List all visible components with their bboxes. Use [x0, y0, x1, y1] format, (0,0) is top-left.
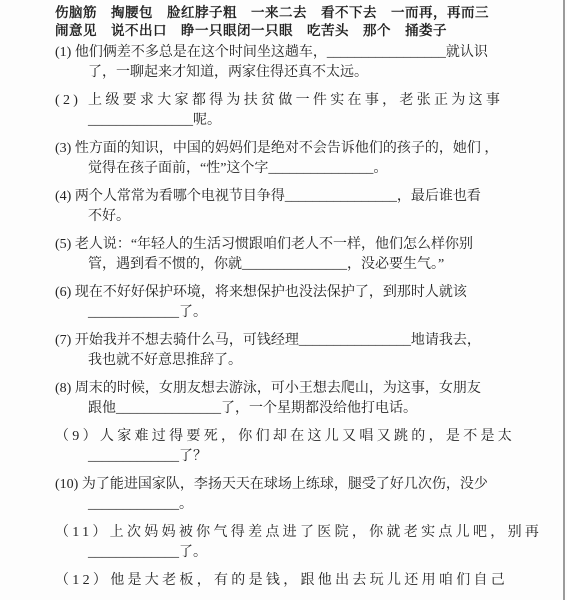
question-4-line-1: (4) 两个人常常为看哪个电视节目争得________________，最后谁也… — [0, 187, 567, 207]
question-9-line-1: （9）人家难过得要死，你们却在这儿又唱又跳的，是不是太 — [0, 427, 567, 447]
question-1: (1) 他们俩差不多总是在这个时间坐这趟车，_________________就… — [0, 43, 567, 83]
question-11-line-1: （11）上次妈妈被你气得差点进了医院，你就老实点儿吧，别再 — [0, 523, 567, 543]
question-6-line-2: _____________了。 — [0, 303, 567, 323]
question-2-line-2: _______________呢。 — [0, 111, 567, 131]
question-8-line-2: 跟他_______________了，一个星期都没给他打电话。 — [0, 399, 567, 419]
question-9: （9）人家难过得要死，你们却在这儿又唱又跳的，是不是太 ____________… — [0, 427, 567, 467]
question-6: (6) 现在不好好保护环境，将来想保护也没法保护了，到那时人就该 _______… — [0, 283, 567, 323]
question-10-line-2: _____________。 — [0, 495, 567, 515]
question-12: （12）他是大老板，有的是钱，跟他出去玩儿还用咱们自己 — [0, 571, 567, 591]
question-3: (3) 性方面的知识，中国的妈妈们是绝对不会告诉他们的孩子的，她们 ， 觉得在孩… — [0, 139, 567, 179]
question-10: (10) 为了能进国家队，李扬天天在球场上练球，腿受了好几次伤，没少 _____… — [0, 475, 567, 515]
question-5: (5) 老人说：“年轻人的生活习惯跟咱们老人不一样，他们怎么样你别 管，遇到看不… — [0, 235, 567, 275]
question-2-line-1: (2) 上级要求大家都得为扶贫做一件实在事，老张正为这事 — [0, 91, 567, 111]
word-bank: 伤脑筋 掏腰包 脸红脖子粗 一来二去 看不下去 一而再，再而三 闹意见 说不出口… — [0, 0, 567, 40]
question-4-line-2: 不好。 — [0, 207, 567, 227]
word-bank-line-1: 伤脑筋 掏腰包 脸红脖子粗 一来二去 看不下去 一而再，再而三 — [0, 4, 567, 22]
question-3-line-2: 觉得在孩子面前，“性”这个字_______________。 — [0, 159, 567, 179]
question-5-line-1: (5) 老人说：“年轻人的生活习惯跟咱们老人不一样，他们怎么样你别 — [0, 235, 567, 255]
question-7-line-2: 我也就不好意思推辞了。 — [0, 351, 567, 371]
question-7: (7) 开始我并不想去骑什么马，可钱经理________________地请我去… — [0, 331, 567, 371]
worksheet-page: 伤脑筋 掏腰包 脸红脖子粗 一来二去 看不下去 一而再，再而三 闹意见 说不出口… — [0, 0, 567, 600]
question-12-line-1: （12）他是大老板，有的是钱，跟他出去玩儿还用咱们自己 — [0, 571, 567, 591]
question-5-line-2: 管，遇到看不惯的，你就_______________，没必要生气。” — [0, 255, 567, 275]
question-4: (4) 两个人常常为看哪个电视节目争得________________，最后谁也… — [0, 187, 567, 227]
question-7-line-1: (7) 开始我并不想去骑什么马，可钱经理________________地请我去… — [0, 331, 567, 351]
question-list: (1) 他们俩差不多总是在这个时间坐这趟车，_________________就… — [0, 43, 567, 591]
scan-edge-line — [563, 0, 565, 600]
question-1-line-1: (1) 他们俩差不多总是在这个时间坐这趟车，_________________就… — [0, 43, 567, 63]
question-6-line-1: (6) 现在不好好保护环境，将来想保护也没法保护了，到那时人就该 — [0, 283, 567, 303]
question-11: （11）上次妈妈被你气得差点进了医院，你就老实点儿吧，别再 __________… — [0, 523, 567, 563]
question-1-line-2: 了，一聊起来才知道，两家住得还真不太远。 — [0, 63, 567, 83]
question-3-line-1: (3) 性方面的知识，中国的妈妈们是绝对不会告诉他们的孩子的，她们 ， — [0, 139, 567, 159]
question-8-line-1: (8) 周末的时候，女朋友想去游泳，可小王想去爬山，为这事，女朋友 — [0, 379, 567, 399]
question-2: (2) 上级要求大家都得为扶贫做一件实在事，老张正为这事 ___________… — [0, 91, 567, 131]
question-9-line-2: _____________了？ — [0, 447, 567, 467]
question-11-line-2: _____________了。 — [0, 543, 567, 563]
question-10-line-1: (10) 为了能进国家队，李扬天天在球场上练球，腿受了好几次伤，没少 — [0, 475, 567, 495]
word-bank-line-2: 闹意见 说不出口 睁一只眼闭一只眼 吃苦头 那个 捅娄子 — [0, 22, 567, 40]
question-8: (8) 周末的时候，女朋友想去游泳，可小王想去爬山，为这事，女朋友 跟他____… — [0, 379, 567, 419]
